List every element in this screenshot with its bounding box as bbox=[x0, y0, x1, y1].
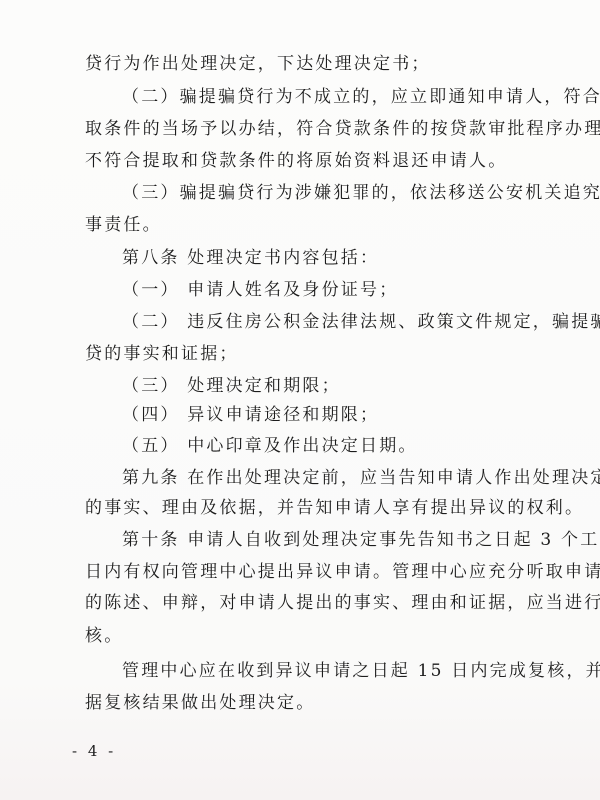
text-line: （四） 异议申请途径和期限； bbox=[122, 405, 379, 425]
text-line: （二）骗提骗贷行为不成立的，应立即通知申请人，符合提 bbox=[122, 87, 600, 107]
text-line: 第八条 处理决定书内容包括： bbox=[122, 248, 379, 268]
text-line: 第十条 申请人自收到处理决定事先告知书之日起 3 个工作 bbox=[122, 530, 600, 550]
text-line: （五） 中心印章及作出决定日期。 bbox=[122, 436, 418, 456]
text-line: 管理中心应在收到异议申请之日起 15 日内完成复核，并根 bbox=[122, 661, 600, 681]
page-number: - 4 - bbox=[72, 742, 116, 760]
text-line: 贷行为作出处理决定，下达处理决定书； bbox=[85, 54, 431, 74]
text-line: 取条件的当场予以办结，符合贷款条件的按贷款审批程序办理。 bbox=[85, 119, 600, 139]
text-line: 不符合提取和贷款条件的将原始资料退还申请人。 bbox=[85, 151, 507, 171]
text-line: （三）骗提骗贷行为涉嫌犯罪的，依法移送公安机关追究刑 bbox=[122, 183, 600, 203]
text-line: 的陈述、申辩，对申请人提出的事实、理由和证据，应当进行复 bbox=[85, 593, 600, 613]
document-page: 贷行为作出处理决定，下达处理决定书；（二）骗提骗贷行为不成立的，应立即通知申请人… bbox=[0, 0, 600, 800]
text-line: （一） 申请人姓名及身份证号； bbox=[122, 280, 398, 300]
text-line: （三） 处理决定和期限； bbox=[122, 376, 341, 396]
text-line: 的事实、理由及依据，并告知申请人享有提出异议的权利。 bbox=[85, 498, 584, 518]
text-line: 第九条 在作出处理决定前，应当告知申请人作出处理决定 bbox=[122, 468, 600, 488]
text-line: 日内有权向管理中心提出异议申请。管理中心应充分听取申请人 bbox=[85, 562, 600, 582]
text-line: 据复核结果做出处理决定。 bbox=[85, 693, 315, 713]
text-line: （二） 违反住房公积金法律法规、政策文件规定，骗提骗 bbox=[122, 312, 600, 332]
text-line: 核。 bbox=[85, 626, 123, 646]
text-line: 事责任。 bbox=[85, 215, 162, 235]
text-line: 贷的事实和证据； bbox=[85, 344, 239, 364]
